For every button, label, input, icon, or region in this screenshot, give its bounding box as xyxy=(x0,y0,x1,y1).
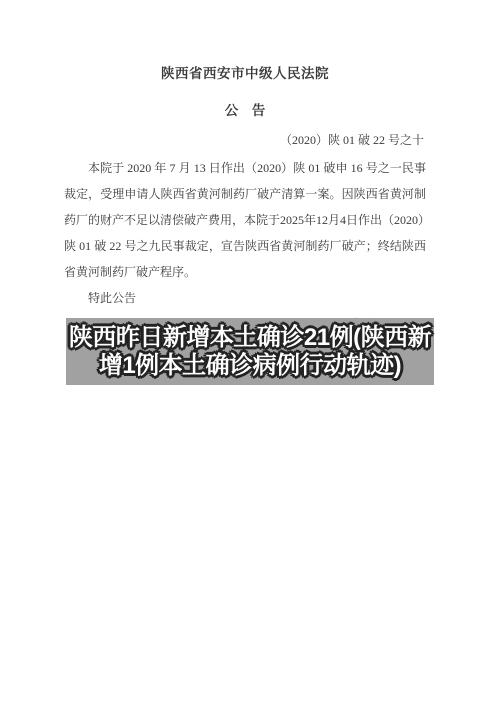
body-line-5: 省黄河制药厂破产程序。 xyxy=(64,259,426,285)
notice-title: 公 告 xyxy=(64,99,426,119)
body-line-1: 本院于 2020 年 7 月 13 日作出（2020）陕 01 破申 16 号之… xyxy=(64,155,426,181)
case-number: （2020）陕 01 破 22 号之十 xyxy=(64,131,426,148)
body-line-3: 药厂的财产不足以清偿破产费用，本院于2025年12月4日作出（2020） xyxy=(64,207,426,233)
headline-line-1: 陕西昨日新增本土确诊21例(陕西新 xyxy=(69,324,431,352)
body-line-4: 陕 01 破 22 号之九民事裁定，宣告陕西省黄河制药厂破产；终结陕西 xyxy=(64,233,426,259)
closing-line: 特此公告 xyxy=(64,285,426,311)
notice-document: 陕西省西安市中级人民法院 公 告 （2020）陕 01 破 22 号之十 本院于… xyxy=(64,0,426,337)
notice-body: 本院于 2020 年 7 月 13 日作出（2020）陕 01 破申 16 号之… xyxy=(64,155,426,311)
page: 陕西省西安市中级人民法院 公 告 （2020）陕 01 破 22 号之十 本院于… xyxy=(0,0,500,706)
court-name: 陕西省西安市中级人民法院 xyxy=(64,62,426,82)
headline-line-2: 增1例本土确诊病例行动轨迹) xyxy=(99,352,401,380)
headline-banner: 陕西昨日新增本土确诊21例(陕西新 增1例本土确诊病例行动轨迹) xyxy=(66,318,434,385)
body-line-2: 裁定，受理申请人陕西省黄河制药厂破产清算一案。因陕西省黄河制 xyxy=(64,181,426,207)
